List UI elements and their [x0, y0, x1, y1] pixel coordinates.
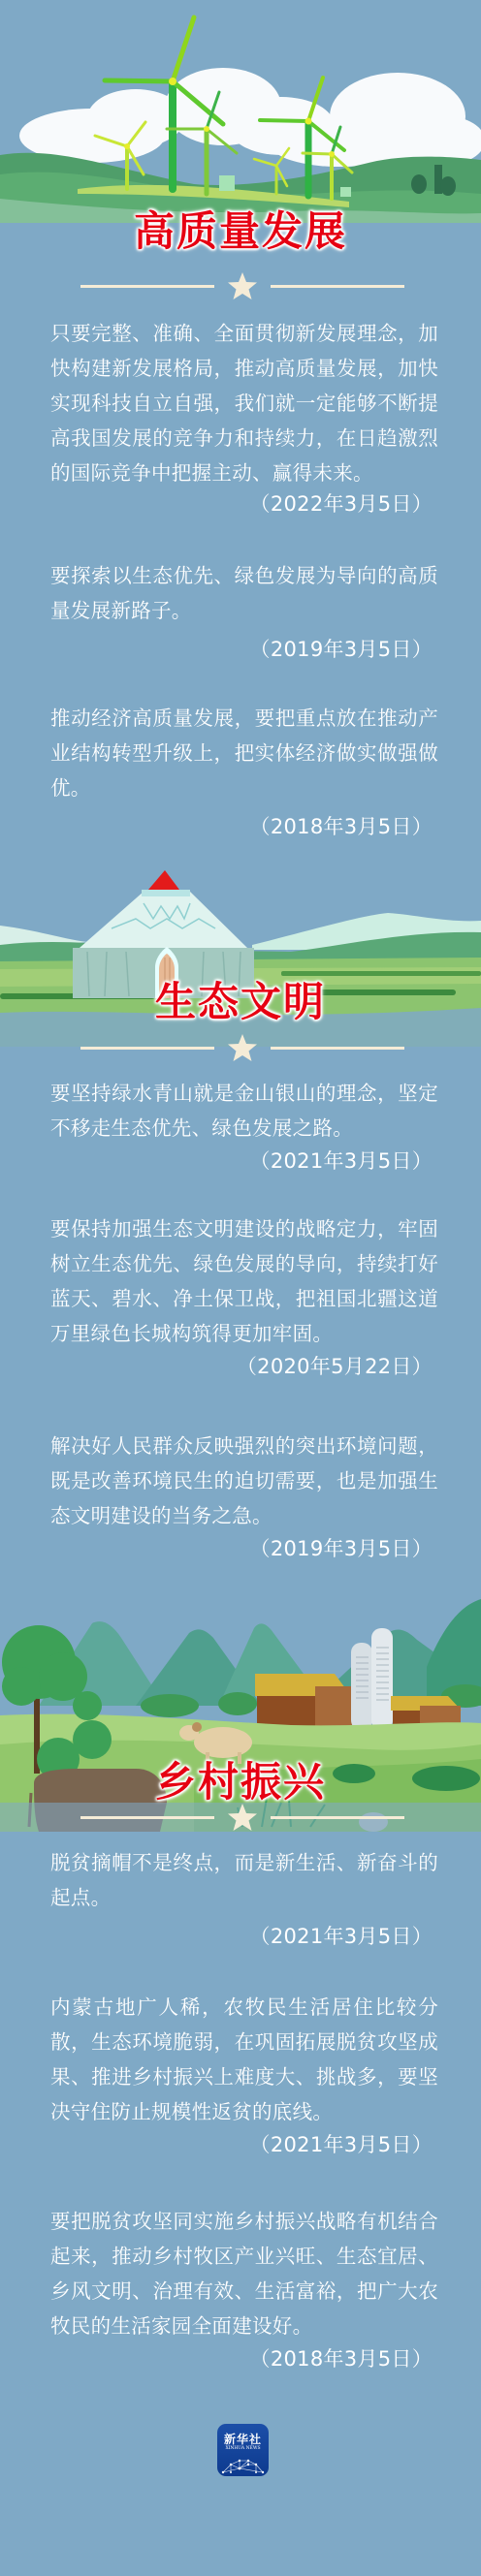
quote-text: 解决好人民群众反映强烈的突出环境问题，既是改善环境民生的迫切需要，也是加强生态文… — [50, 1429, 438, 1533]
xinhua-news-logo: 新华社 XINHUA NEWS — [217, 2424, 269, 2476]
wind-turbines-landscape-illustration — [0, 0, 481, 223]
section-title-high-quality-development: 高质量发展 — [0, 211, 481, 252]
quote-block: 脱贫摘帽不是终点，而是新生活、新奋斗的起点。 （2021年3月5日） — [50, 1845, 438, 1954]
quote-block: 要探索以生态优先、绿色发展为导向的高质量发展新路子。 （2019年3月5日） — [50, 558, 438, 667]
star-divider — [80, 271, 404, 300]
divider-line — [80, 285, 214, 288]
quote-block: 要保持加强生态文明建设的战略定力，牢固树立生态优先、绿色发展的导向，持续打好蓝天… — [50, 1211, 438, 1384]
quote-block: 内蒙古地广人稀，农牧民生活居住比较分散，生态环境脆弱，在巩固拓展脱贫攻坚成果、推… — [50, 1990, 438, 2162]
divider-line — [271, 1816, 404, 1819]
quote-block: 要坚持绿水青山就是金山银山的理念，坚定不移走生态优先、绿色发展之路。 （2021… — [50, 1076, 438, 1178]
quote-date: （2021年3月5日） — [50, 2127, 438, 2162]
divider-line — [80, 1816, 214, 1819]
quote-date: （2021年3月5日） — [50, 1919, 438, 1954]
star-icon — [227, 271, 258, 300]
divider-line — [271, 1047, 404, 1050]
logo-cn-text: 新华社 — [217, 2431, 269, 2447]
quote-date: （2019年3月5日） — [50, 632, 438, 667]
star-divider — [80, 1033, 404, 1062]
quote-text: 要探索以生态优先、绿色发展为导向的高质量发展新路子。 — [50, 558, 438, 628]
quote-date: （2021年3月5日） — [50, 1144, 438, 1178]
quote-date: （2018年3月5日） — [50, 2341, 438, 2376]
quote-date: （2018年3月5日） — [50, 809, 438, 844]
quote-block: 推动经济高质量发展，要把重点放在推动产业结构转型升级上，把实体经济做实做强做优。… — [50, 701, 438, 844]
quote-text: 要坚持绿水青山就是金山银山的理念，坚定不移走生态优先、绿色发展之路。 — [50, 1076, 438, 1146]
quote-text: 内蒙古地广人稀，农牧民生活居住比较分散，生态环境脆弱，在巩固拓展脱贫攻坚成果、推… — [50, 1990, 438, 2129]
divider-line — [80, 1047, 214, 1050]
quote-date: （2019年3月5日） — [50, 1531, 438, 1566]
star-divider — [80, 1803, 404, 1832]
star-icon — [227, 1033, 258, 1062]
star-icon — [227, 1803, 258, 1832]
quote-text: 只要完整、准确、全面贯彻新发展理念，加快构建新发展格局，推动高质量发展，加快实现… — [50, 316, 438, 490]
infographic-page: 高质量发展 只要完整、准确、全面贯彻新发展理念，加快构建新发展格局，推动高质量发… — [0, 0, 481, 2576]
network-globe-icon — [221, 2457, 265, 2474]
quote-date: （2020年5月22日） — [50, 1349, 438, 1384]
quote-block: 解决好人民群众反映强烈的突出环境问题，既是改善环境民生的迫切需要，也是加强生态文… — [50, 1429, 438, 1566]
quote-date: （2022年3月5日） — [50, 487, 438, 521]
quote-text: 脱贫摘帽不是终点，而是新生活、新奋斗的起点。 — [50, 1845, 438, 1915]
quote-text: 要把脱贫攻坚同实施乡村振兴战略有机结合起来，推动乡村牧区产业兴旺、生态宜居、乡风… — [50, 2204, 438, 2343]
wind-turbine-icon — [0, 0, 481, 223]
quote-block: 只要完整、准确、全面贯彻新发展理念，加快构建新发展格局，推动高质量发展，加快实现… — [50, 316, 438, 521]
logo-en-text: XINHUA NEWS — [217, 2446, 269, 2451]
divider-line — [271, 285, 404, 288]
quote-text: 推动经济高质量发展，要把重点放在推动产业结构转型升级上，把实体经济做实做强做优。 — [50, 701, 438, 805]
section-title-rural-revitalization: 乡村振兴 — [0, 1762, 481, 1803]
quote-block: 要把脱贫攻坚同实施乡村振兴战略有机结合起来，推动乡村牧区产业兴旺、生态宜居、乡风… — [50, 2204, 438, 2376]
section-title-ecological-civilization: 生态文明 — [0, 982, 481, 1022]
quote-text: 要保持加强生态文明建设的战略定力，牢固树立生态优先、绿色发展的导向，持续打好蓝天… — [50, 1211, 438, 1351]
